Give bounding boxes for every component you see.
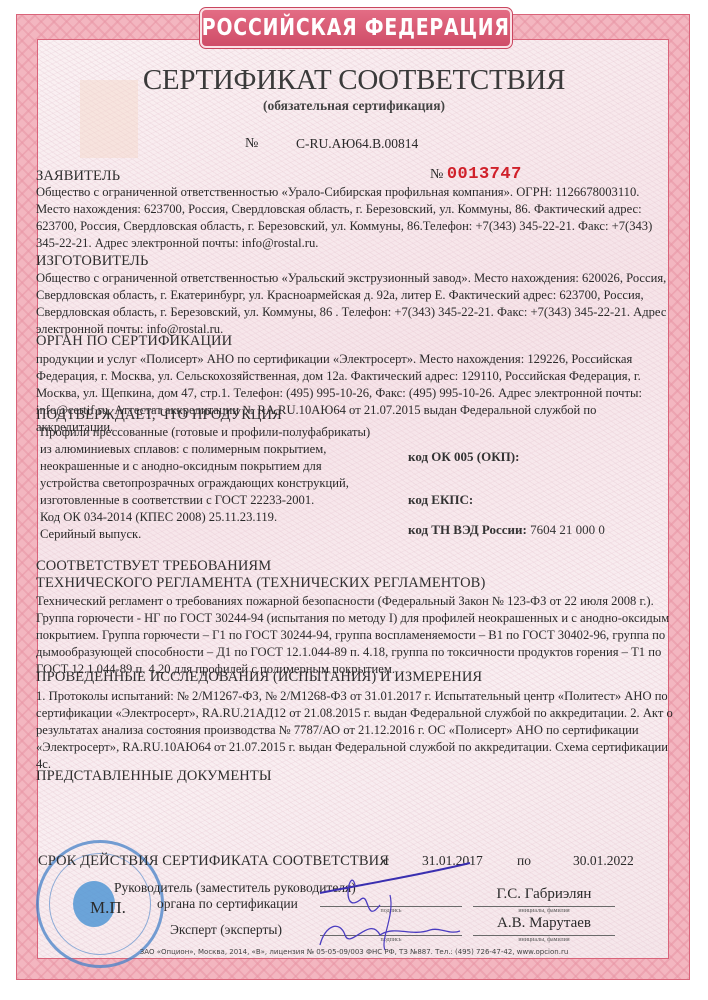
tnved-code-label: код ТН ВЭД России: [408,522,527,537]
product-line: Код ОК 034-2014 (КПЕС 2008) 25.11.23.119… [40,509,400,526]
product-line: Серийный выпуск. [40,526,400,543]
form-number-value: 0013747 [447,165,522,184]
expert-name-caption: инициалы, фамилия [473,937,615,943]
form-number: № 0013747 [430,165,522,184]
product-line: изготовленные в соответствии с ГОСТ 2223… [40,492,400,509]
requirements-heading: СООТВЕТСТВУЕТ ТРЕБОВАНИЯМ [36,558,271,575]
head-name-caption: инициалы, фамилия [473,908,615,914]
manufacturer-heading: ИЗГОТОВИТЕЛЬ [36,253,148,270]
certificate-number-label: № [245,136,258,152]
expert-name: А.В. Марутаев [473,915,615,932]
product-line: неокрашенные и с анодно-оксидным покрыти… [40,458,400,475]
expert-name-line [473,935,615,936]
product-line: из алюминиевых сплавов: с полимерным пок… [40,441,400,458]
tnved-code-value: 7604 21 000 0 [530,522,605,537]
banner-text: РОССИЙСКАЯ ФЕДЕРАЦИЯ [202,15,510,41]
head-name: Г.С. Габриэлян [473,886,615,903]
validity-to-date: 30.01.2022 [573,853,634,869]
document-subtitle: (обязательная сертификация) [0,98,708,114]
document-title: СЕРТИФИКАТ СООТВЕТСТВИЯ [0,64,708,97]
applicant-text: Общество с ограниченной ответственностью… [36,184,676,252]
printer-imprint: ЗАО «Опцион», Москва, 2014, «В», лицензи… [0,948,708,956]
tests-heading: ПРОВЕДЕННЫЕ ИССЛЕДОВАНИЯ (ИСПЫТАНИЯ) И И… [36,669,482,686]
documents-heading: ПРЕДСТАВЛЕННЫЕ ДОКУМЕНТЫ [36,768,272,785]
tnved-code: код ТН ВЭД России: 7604 21 000 0 [408,522,605,538]
requirements-text: Технический регламент о требованиях пожа… [36,593,676,678]
product-heading: ПОДТВЕРЖДАЕТ, ЧТО ПРОДУКЦИЯ [36,407,282,424]
okp-code: код ОК 005 (ОКП): [408,449,519,465]
tests-text: 1. Протоколы испытаний: № 2/М1267-ФЗ, № … [36,688,676,773]
signatures-scribble [300,855,480,955]
ekps-code-label: код ЕКПС: [408,492,473,507]
requirements-subheading: ТЕХНИЧЕСКОГО РЕГЛАМЕНТА (ТЕХНИЧЕСКИХ РЕГ… [36,575,485,592]
country-banner: РОССИЙСКАЯ ФЕДЕРАЦИЯ [200,8,512,48]
certificate-number: С-RU.АЮ64.В.00814 [296,136,418,152]
expert-label: Эксперт (эксперты) [170,922,282,938]
product-line: Профили прессованные (готовые и профили-… [40,424,400,441]
ekps-code: код ЕКПС: [408,492,473,508]
applicant-heading: ЗАЯВИТЕЛЬ [36,168,120,185]
form-number-label: № [430,167,443,182]
seal-label: М.П. [90,898,126,918]
validity-to-label: по [517,853,531,869]
product-line: устройства светопрозрачных ограждающих к… [40,475,400,492]
head-label-line-2: органа по сертификации [157,896,298,912]
okp-code-label: код ОК 005 (ОКП): [408,449,519,464]
manufacturer-text: Общество с ограниченной ответственностью… [36,270,676,338]
certification-body-heading: ОРГАН ПО СЕРТИФИКАЦИИ [36,333,232,350]
head-name-line [473,906,615,907]
product-description: Профили прессованные (готовые и профили-… [40,424,400,543]
